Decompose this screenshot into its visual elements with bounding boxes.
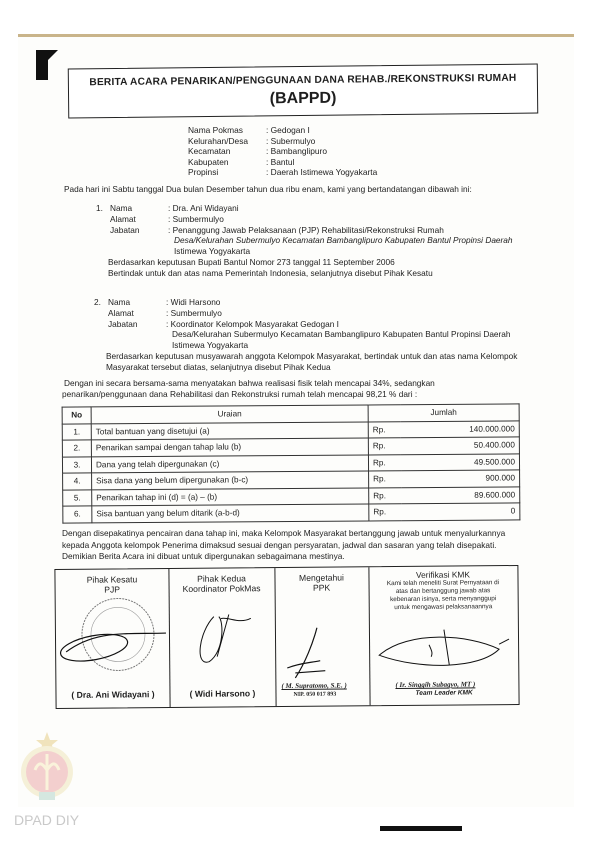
statement-line-2: penarikan/penggunaan dana Rehabilitasi d… [62, 389, 417, 400]
party-2-name: Widi Harsono [166, 297, 220, 308]
col-jumlah: Jumlah [368, 404, 519, 422]
corner-mark-tail [36, 50, 48, 80]
row-uraian: Penarikan tahap ini (d) = (a) – (b) [92, 487, 369, 505]
fund-table: No Uraian Jumlah 1.Total bantuan yang di… [62, 403, 521, 523]
pokmas-info: Nama PokmasGedogan I Kelurahan/DesaSuber… [188, 125, 377, 178]
row-amount: 140.000.000 [401, 420, 520, 437]
row-no: 6. [63, 506, 92, 523]
signature-verifikasi-kmk: Verifikasi KMK Kami telah meneliti Surat… [368, 566, 518, 705]
row-uraian: Penarikan sampai dengan tahap lalu (b) [91, 438, 368, 456]
info-row: Nama PokmasGedogan I [188, 125, 377, 136]
document-title: BERITA ACARA PENARIKAN/PENGGUNAAN DANA R… [69, 73, 537, 89]
closing-line-1: Dengan disepakatinya pencairan dana taha… [62, 528, 505, 539]
info-row: KecamatanBambanglipuro [188, 146, 377, 157]
row-currency: Rp. [368, 421, 401, 438]
footer-bar [380, 826, 462, 831]
signer-name: ( Ir. Singgih Subagyo, MT ) [395, 680, 475, 689]
party-2: 2.NamaWidi Harsono AlamatSumbermulyo Jab… [94, 297, 517, 373]
signature-pihak-kesatu: Pihak Kesatu PJP ( Dra. Ani Widayani ) [55, 569, 170, 708]
row-currency: Rp. [368, 454, 401, 471]
col-uraian: Uraian [91, 405, 368, 423]
row-amount: 89.600.000 [401, 486, 520, 503]
row-amount: 49.500.000 [401, 453, 520, 470]
stamp-and-signature-icon [56, 589, 170, 690]
party-1-name: Dra. Ani Widayani [168, 203, 239, 214]
dpad-emblem-icon [17, 730, 77, 802]
row-no: 5. [63, 489, 92, 506]
signature-mengetahui: Mengetahui PPK ( M. Supratomo, S.E. ) NI… [274, 567, 370, 706]
row-currency: Rp. [369, 504, 402, 521]
row-amount: 900.000 [401, 470, 520, 487]
col-no: No [62, 407, 91, 424]
row-uraian: Sisa bantuan yang belum ditarik (a-b-d) [92, 504, 369, 522]
signature-icon [169, 596, 276, 687]
row-no: 2. [62, 440, 91, 457]
info-row: Kelurahan/DesaSubermulyo [188, 136, 377, 147]
row-uraian: Total bantuan yang disetujui (a) [91, 421, 368, 439]
statement-line-1: Dengan ini secara bersama-sama menyataka… [64, 378, 435, 389]
signer-nip: NIP. 050 017 893 [293, 692, 336, 698]
row-currency: Rp. [369, 471, 402, 488]
info-row: KabupatenBantul [188, 157, 377, 168]
row-uraian: Dana yang telah dipergunakan (c) [91, 454, 368, 472]
row-currency: Rp. [369, 487, 402, 504]
document-subtitle: (BAPPD) [69, 88, 537, 111]
party-1: 1.NamaDra. Ani Widayani AlamatSumbermuly… [96, 203, 513, 279]
row-currency: Rp. [368, 438, 401, 455]
info-row: PropinsiDaerah Istimewa Yogyakarta [188, 167, 377, 178]
intro-paragraph: Pada hari ini Sabtu tanggal Dua bulan De… [64, 184, 472, 195]
row-no: 4. [63, 473, 92, 490]
row-amount: 50.400.000 [401, 437, 520, 454]
signer-name: ( Dra. Ani Widayani ) [56, 689, 169, 700]
row-no: 3. [62, 456, 91, 473]
title-box: BERITA ACARA PENARIKAN/PENGGUNAAN DANA R… [68, 64, 538, 119]
row-no: 1. [62, 423, 91, 440]
signature-pihak-kedua: Pihak Kedua Koordinator PokMas ( Widi Ha… [168, 568, 276, 707]
signer-role: Team Leader KMK [415, 689, 472, 696]
watermark-text: DPAD DIY [14, 812, 79, 828]
signature-icon [369, 624, 519, 685]
closing-line-3: Demikian Berita Acara ini dibuat untuk d… [62, 551, 345, 562]
row-amount: 0 [401, 503, 520, 520]
signer-name: ( M. Supratomo, S.E. ) [281, 681, 346, 690]
closing-line-2: kepada Anggota kelompok Penerima dimaksu… [62, 540, 497, 551]
signature-block: Pihak Kesatu PJP ( Dra. Ani Widayani ) P… [54, 565, 519, 709]
row-uraian: Sisa dana yang belum dipergunakan (b-c) [92, 471, 369, 489]
table-row: 6.Sisa bantuan yang belum ditarik (a-b-d… [63, 503, 520, 523]
signer-name: ( Widi Harsono ) [169, 688, 275, 699]
